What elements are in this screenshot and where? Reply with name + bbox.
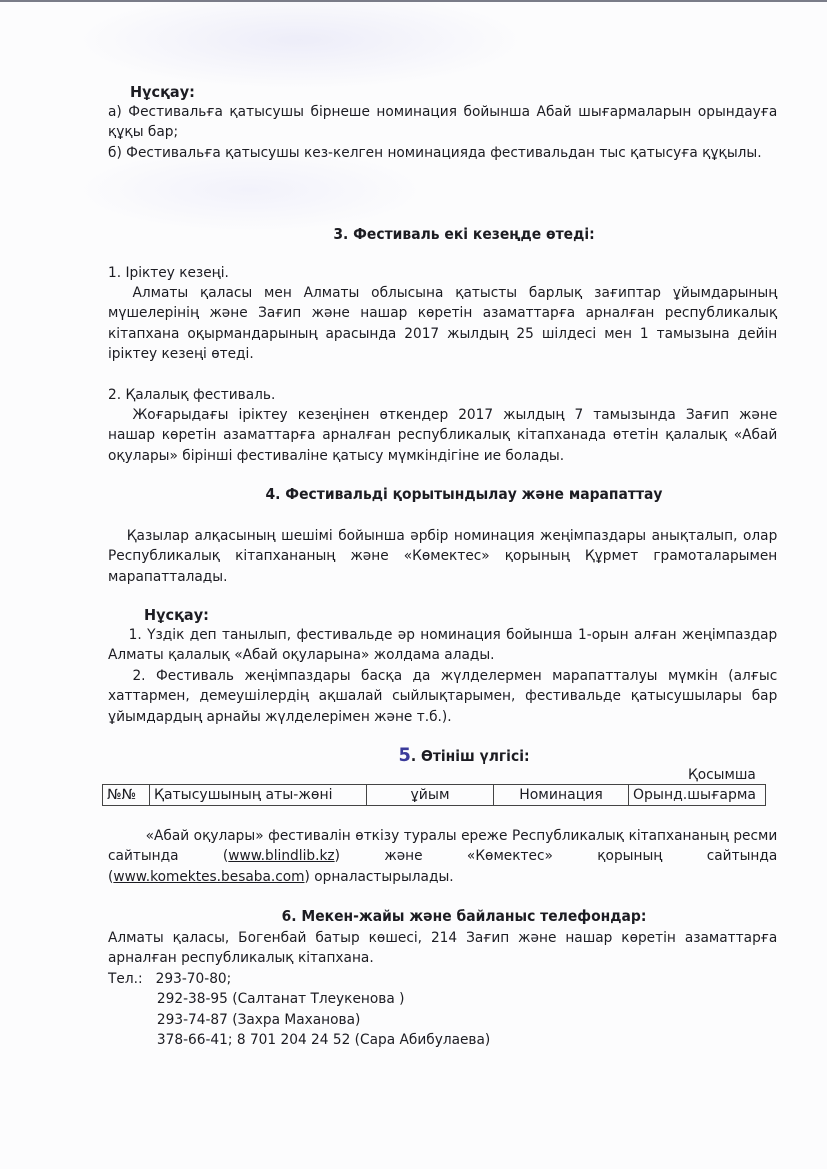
nuskau-top-item-b: б) Фестивальға қатысушы кез-келген номин… (108, 143, 777, 163)
phone-2: 292-38-95 (Салтанат Тлеукенова ) (108, 989, 738, 1009)
section4-nuskau-item-1: 1. Үздік деп танылып, фестивальде әр ном… (108, 625, 777, 666)
col-participant-name: Қатысушының аты-жөні (150, 785, 367, 806)
nuskau-top-item-a: а) Фестивальға қатысушы бірнеше номинаци… (108, 102, 777, 143)
section4-text: Қазылар алқасының шешімі бойынша әрбір н… (108, 526, 777, 587)
col-nomination: Номинация (494, 785, 629, 806)
publication-text-after: ) орналастырылады. (305, 868, 454, 885)
section5-heading: 5. Өтініш үлгісі: (129, 744, 798, 766)
section3-heading: 3. Фестиваль екі кезеңде өтеді: (129, 226, 798, 243)
section4-heading: 4. Фестивальді қорытындылау және марапат… (129, 486, 798, 503)
publication-text: «Абай оқулары» фестивалін өткізу туралы … (108, 826, 777, 887)
section5-heading-text: . Өтініш үлгісі: (411, 748, 530, 765)
document-page: Нұсқау: а) Фестивальға қатысушы бірнеше … (0, 0, 827, 1169)
stage2-text: Жоғарыдағы іріктеу кезеңінен өткендер 20… (108, 405, 777, 466)
table-header-row: №№ Қатысушының аты-жөні ұйым Номинация О… (103, 785, 766, 806)
col-number: №№ (103, 785, 150, 806)
komektes-link[interactable]: www.komektes.besaba.com (113, 868, 304, 885)
stage1-text: Алматы қаласы мен Алматы облысына қатыст… (108, 283, 777, 364)
section5-number-stamp: 5 (398, 744, 410, 766)
tel-label: Тел.: (108, 970, 143, 987)
nuskau-top-title: Нұсқау: (130, 82, 760, 102)
stage2-title: 2. Қалалық фестиваль. (108, 385, 738, 405)
application-form-table: №№ Қатысушының аты-жөні ұйым Номинация О… (102, 784, 766, 806)
section6-heading: 6. Мекен-жайы және байланыс телефондар: (129, 908, 798, 925)
scan-edge (0, 0, 827, 2)
phone-3: 293-74-87 (Захра Маханова) (108, 1010, 738, 1030)
col-organization: ұйым (367, 785, 494, 806)
address-text: Алматы қаласы, Богенбай батыр көшесі, 21… (108, 928, 777, 969)
blindlib-link[interactable]: www.blindlib.kz (228, 847, 334, 864)
phone-1: 293-70-80; (156, 970, 232, 987)
section4-nuskau-item-2: 2. Фестиваль жеңімпаздары басқа да жүлде… (108, 666, 777, 727)
phones-block: Тел.: 293-70-80; 292-38-95 (Салтанат Тле… (108, 969, 738, 1050)
phone-4: 378-66-41; 8 701 204 24 52 (Сара Абибула… (108, 1030, 738, 1050)
annex-label: Қосымша (688, 765, 782, 785)
phone-line-1: Тел.: 293-70-80; (108, 969, 738, 989)
col-performed-work: Орынд.шығарма (629, 785, 766, 806)
section4-nuskau-title: Нұсқау: (144, 605, 774, 625)
stage1-title: 1. Іріктеу кезеңі. (108, 263, 738, 283)
